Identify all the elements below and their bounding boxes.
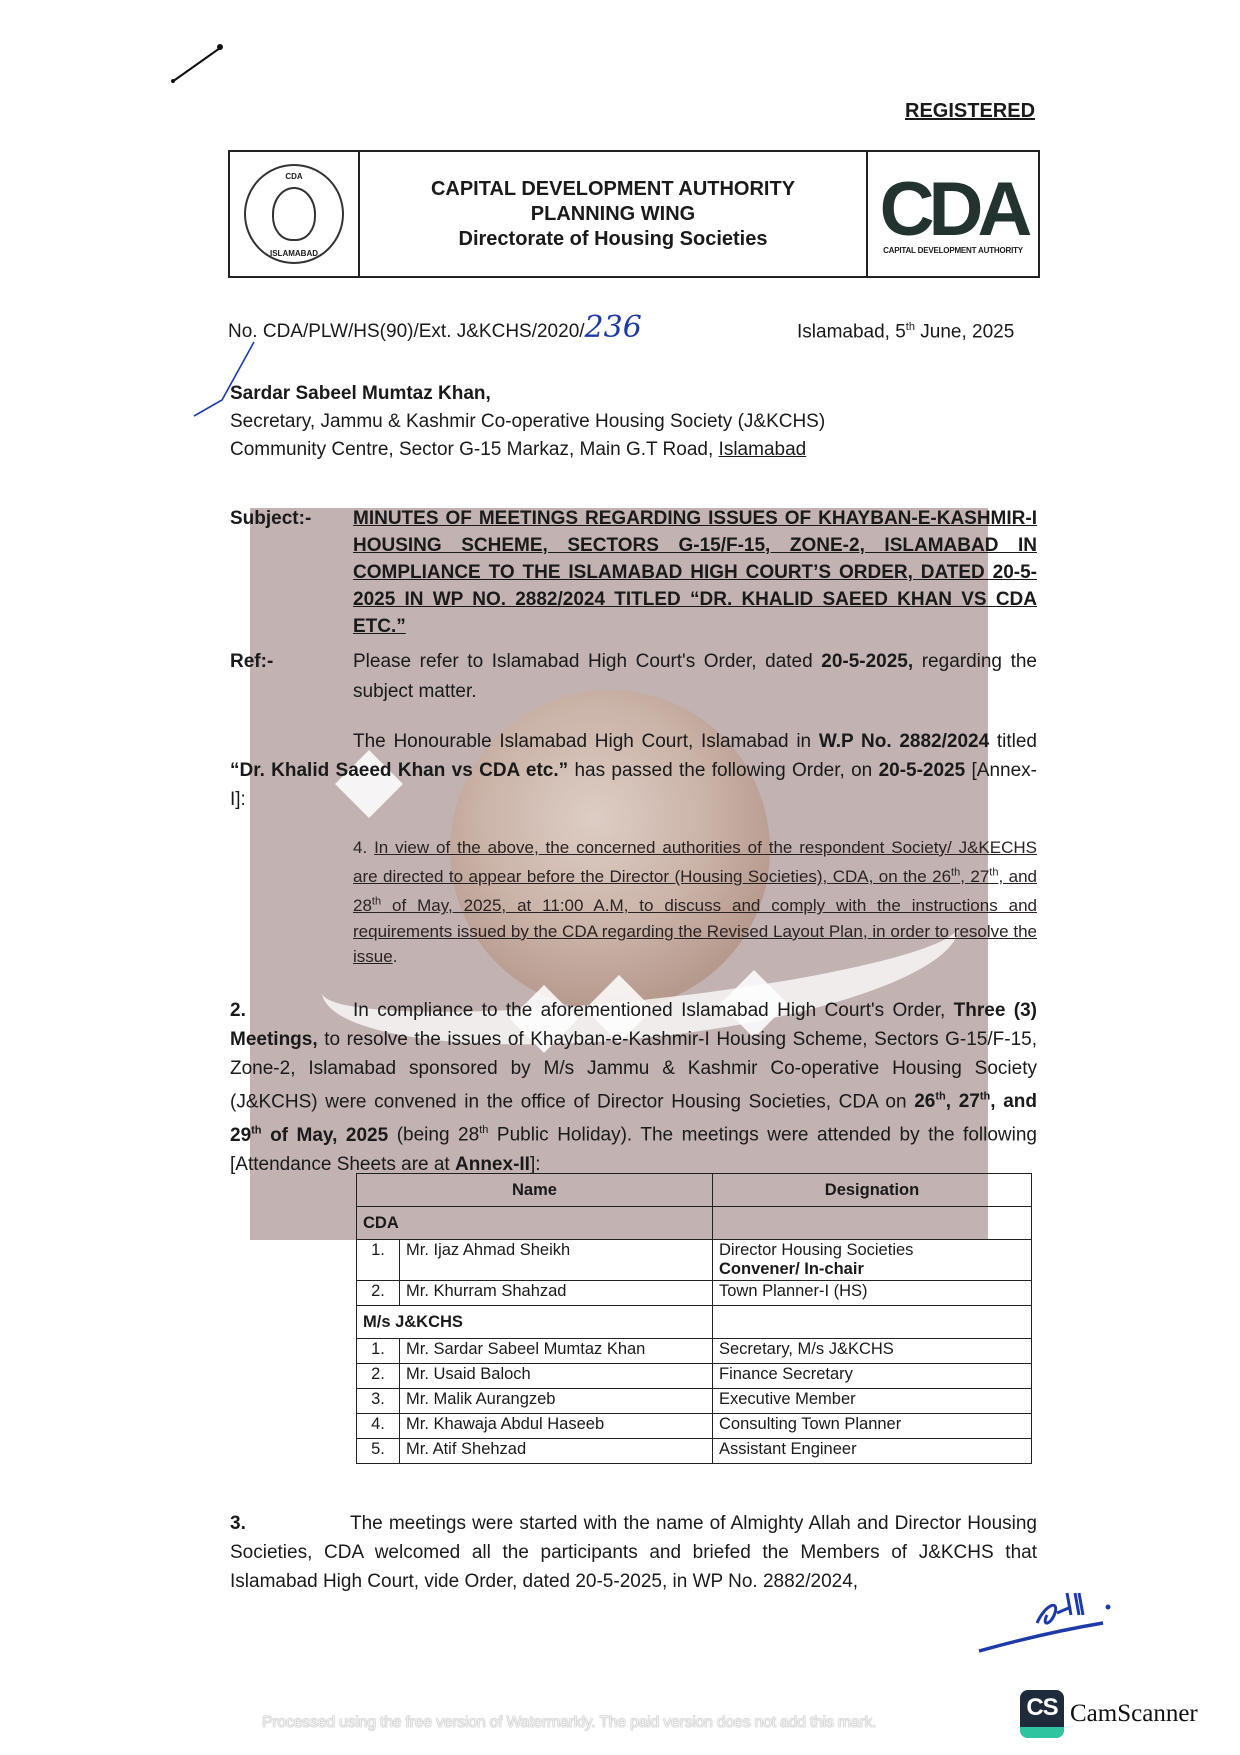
attendee-name: Mr. Usaid Baloch — [400, 1364, 713, 1389]
subject-text: MINUTES OF MEETINGS REGARDING ISSUES OF … — [353, 505, 1037, 640]
attendee-name: Mr. Malik Aurangzeb — [400, 1389, 713, 1414]
attendee-designation: Director Housing SocietiesConvener/ In-c… — [713, 1240, 1032, 1281]
addressee-address: Community Centre, Sector G-15 Markaz, Ma… — [230, 439, 719, 460]
header-designation: Designation — [713, 1174, 1032, 1207]
para-number: 2. — [230, 996, 353, 1025]
letterhead-title: CAPITAL DEVELOPMENT AUTHORITY PLANNING W… — [360, 152, 866, 276]
letter-date: Islamabad, 5th June, 2025 — [797, 313, 1014, 346]
paragraph-court-order: The Honourable Islamabad High Court, Isl… — [230, 727, 1037, 814]
group-title: CDA — [357, 1207, 713, 1240]
wing-name: PLANNING WING — [531, 202, 695, 227]
addressee-block: Sardar Sabeel Mumtaz Khan, Secretary, Ja… — [230, 380, 825, 464]
table-row: 1.Mr. Ijaz Ahmad SheikhDirector Housing … — [357, 1240, 1032, 1281]
seal-emblem — [272, 187, 316, 241]
attendee-designation: Executive Member — [713, 1389, 1032, 1414]
para-number: 3. — [230, 1509, 350, 1538]
addressee-name: Sardar Sabeel Mumtaz Khan, — [230, 383, 491, 404]
attendee-designation: Assistant Engineer — [713, 1439, 1032, 1464]
table-header-row: Name Designation — [357, 1174, 1032, 1207]
attendee-designation: Finance Secretary — [713, 1364, 1032, 1389]
watermarkly-notice: Processed using the free version of Wate… — [262, 1714, 876, 1732]
attendee-name: Mr. Khawaja Abdul Haseeb — [400, 1414, 713, 1439]
signature-icon — [975, 1585, 1115, 1655]
addressee-city: Islamabad — [719, 439, 807, 460]
pen-mark-icon — [170, 40, 230, 85]
attendee-name: Mr. Sardar Sabeel Mumtaz Khan — [400, 1339, 713, 1364]
table-row: 2.Mr. Usaid BalochFinance Secretary — [357, 1364, 1032, 1389]
group-title: M/s J&KCHS — [357, 1306, 713, 1339]
cda-seal-icon: CDA ISLAMABAD — [244, 164, 344, 264]
ref-label: Ref:- — [230, 648, 273, 676]
attendance-table: Name Designation CDA1.Mr. Ijaz Ahmad She… — [356, 1173, 1032, 1464]
serial-number: 2. — [357, 1281, 400, 1306]
addressee-title: Secretary, Jammu & Kashmir Co-operative … — [230, 408, 825, 436]
registered-stamp: REGISTERED — [905, 100, 1035, 123]
serial-number: 4. — [357, 1414, 400, 1439]
quoted-order: 4. In view of the above, the concerned a… — [353, 835, 1037, 970]
table-row: 4.Mr. Khawaja Abdul HaseebConsulting Tow… — [357, 1414, 1032, 1439]
seal-top-text: CDA — [285, 172, 302, 181]
cda-logo-cell: CDA CAPITAL DEVELOPMENT AUTHORITY — [866, 152, 1038, 276]
ref-text: Please refer to Islamabad High Court's O… — [353, 647, 1037, 707]
reference-number: No. CDA/PLW/HS(90)/Ext. J&KCHS/2020/236 — [228, 314, 642, 346]
serial-number: 2. — [357, 1364, 400, 1389]
directorate-name: Directorate of Housing Societies — [459, 227, 768, 252]
subject-label: Subject:- — [230, 505, 311, 533]
serial-number: 3. — [357, 1389, 400, 1414]
table-row: 5.Mr. Atif ShehzadAssistant Engineer — [357, 1439, 1032, 1464]
seal-bottom-text: ISLAMABAD — [270, 249, 318, 258]
header-name: Name — [357, 1174, 713, 1207]
letterhead: CDA ISLAMABAD CAPITAL DEVELOPMENT AUTHOR… — [228, 150, 1040, 278]
attendee-designation: Secretary, M/s J&KCHS — [713, 1339, 1032, 1364]
paragraph-2: 2.In compliance to the aforementioned Is… — [230, 996, 1037, 1179]
paragraph-3: 3.The meetings were started with the nam… — [230, 1509, 1037, 1596]
attendee-name: Mr. Ijaz Ahmad Sheikh — [400, 1240, 713, 1281]
attendee-name: Mr. Atif Shehzad — [400, 1439, 713, 1464]
cda-logo-icon: CDA — [880, 174, 1027, 246]
attendee-role-note: Convener/ In-chair — [719, 1260, 1025, 1279]
attendee-designation: Consulting Town Planner — [713, 1414, 1032, 1439]
table-group-row: CDA — [357, 1207, 1032, 1240]
camscanner-logo-icon: CS — [1020, 1690, 1064, 1738]
table-row: 1.Mr. Sardar Sabeel Mumtaz KhanSecretary… — [357, 1339, 1032, 1364]
table-row: 2.Mr. Khurram ShahzadTown Planner-I (HS) — [357, 1281, 1032, 1306]
org-name: CAPITAL DEVELOPMENT AUTHORITY — [431, 177, 795, 202]
camscanner-name: CamScanner — [1070, 1700, 1198, 1728]
table-row: 3.Mr. Malik AurangzebExecutive Member — [357, 1389, 1032, 1414]
handwritten-number: 236 — [585, 310, 642, 345]
serial-number: 1. — [357, 1240, 400, 1281]
table-group-row: M/s J&KCHS — [357, 1306, 1032, 1339]
attendee-name: Mr. Khurram Shahzad — [400, 1281, 713, 1306]
attendee-designation: Town Planner-I (HS) — [713, 1281, 1032, 1306]
cda-logo-caption: CAPITAL DEVELOPMENT AUTHORITY — [883, 246, 1023, 255]
serial-number: 1. — [357, 1339, 400, 1364]
serial-number: 5. — [357, 1439, 400, 1464]
seal-cell: CDA ISLAMABAD — [230, 152, 360, 276]
